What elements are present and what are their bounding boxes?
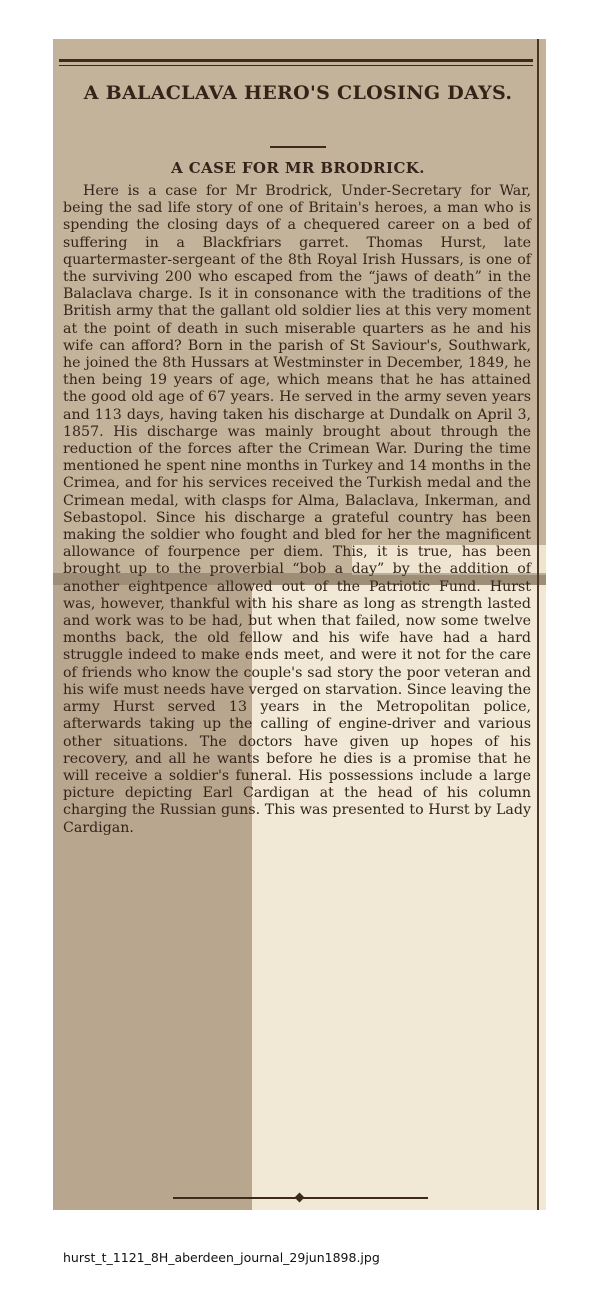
article-subheadline: A CASE FOR MR BRODRICK.	[63, 159, 533, 177]
headline-divider	[270, 146, 326, 148]
file-caption: hurst_t_1121_8H_aberdeen_journal_29jun18…	[63, 1250, 380, 1265]
article: A BALACLAVA HERO'S CLOSING DAYS. A CASE …	[53, 39, 546, 1210]
end-rule-ornament-icon	[295, 1193, 305, 1203]
newspaper-clipping: A BALACLAVA HERO'S CLOSING DAYS. A CASE …	[53, 39, 546, 1210]
article-headline: A BALACLAVA HERO'S CLOSING DAYS.	[63, 80, 533, 106]
article-body: Here is a case for Mr Brodrick, Under-Se…	[63, 183, 531, 837]
